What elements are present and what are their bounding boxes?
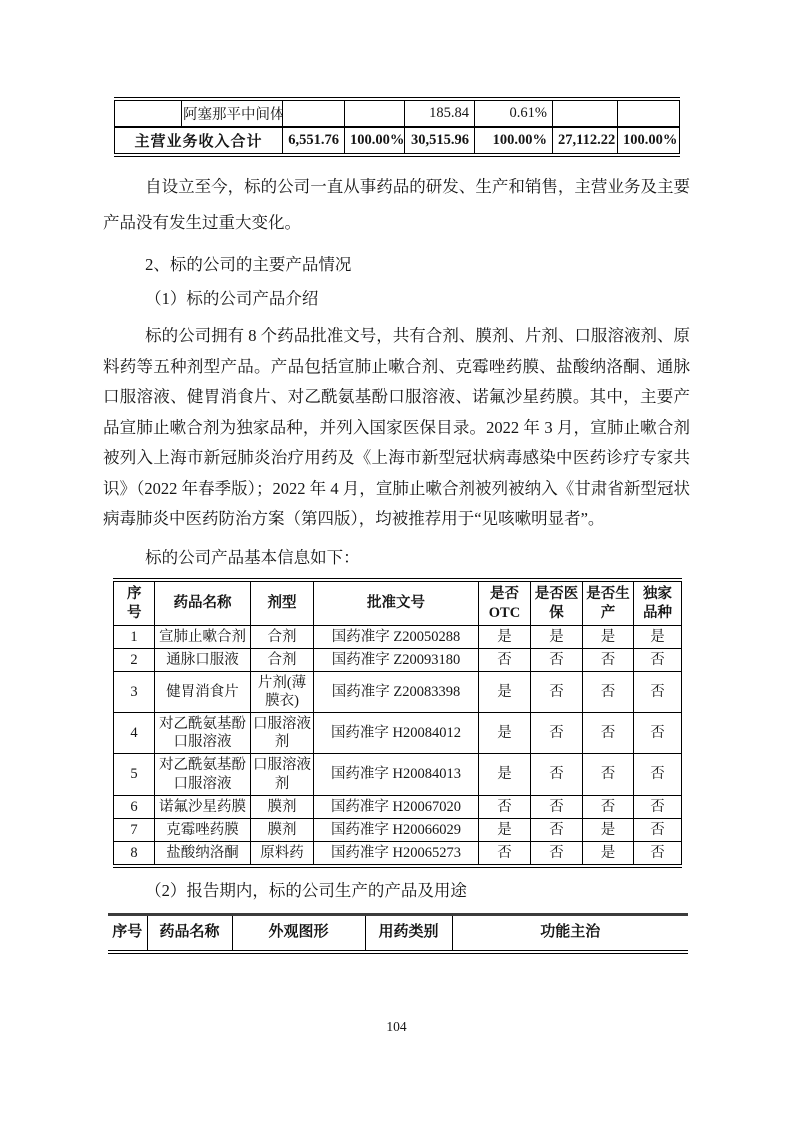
- table-cell: 是: [583, 625, 634, 648]
- table-row-total: 主营业务收入合计 6,551.76 100.00% 30,515.96 100.…: [115, 127, 680, 155]
- table-cell: 0.61%: [475, 99, 553, 127]
- table-cell: 2: [114, 648, 155, 671]
- table-cell: [618, 99, 680, 127]
- table-cell: 6: [114, 795, 155, 818]
- table-cell: 否: [583, 671, 634, 712]
- product-table-body: 1宣肺止嗽合剂合剂国药准字 Z20050288是是是是2通脉口服液合剂国药准字 …: [114, 625, 682, 866]
- column-header: 批准文号: [314, 580, 479, 625]
- table-cell: 27,112.22: [553, 127, 618, 155]
- table-cell: 否: [634, 841, 682, 866]
- table-cell: 5: [114, 754, 155, 795]
- table-row: 1宣肺止嗽合剂合剂国药准字 Z20050288是是是是: [114, 625, 682, 648]
- table-cell: 是: [479, 818, 531, 841]
- table-cell: 100.00%: [345, 127, 405, 155]
- column-header: 用药类别: [365, 915, 452, 952]
- table-row: 3健胃消食片片剂(薄膜衣)国药准字 Z20083398是否否否: [114, 671, 682, 712]
- table-cell: 3: [114, 671, 155, 712]
- table-row: 4对乙酰氨基酚口服溶液口服溶液剂国药准字 H20084012是否否否: [114, 713, 682, 754]
- table-cell: 否: [531, 818, 583, 841]
- table-cell: 口服溶液剂: [251, 713, 314, 754]
- table-cell: 对乙酰氨基酚口服溶液: [155, 713, 251, 754]
- column-header: 是否生产: [583, 580, 634, 625]
- table-row: 8盐酸纳洛酮原料药国药准字 H20065273否否是否: [114, 841, 682, 866]
- table-cell: 100.00%: [475, 127, 553, 155]
- table-cell: 否: [583, 713, 634, 754]
- table-cell: 否: [583, 648, 634, 671]
- table-cell: 原料药: [251, 841, 314, 866]
- table-cell: 否: [531, 795, 583, 818]
- table-cell: 否: [634, 713, 682, 754]
- table-cell: 阿塞那平中间体: [182, 99, 283, 127]
- product-info-table: 序号 药品名称 剂型 批准文号 是否OTC 是否医保 是否生产 独家品种 1宣肺…: [113, 578, 682, 868]
- document-page: 阿塞那平中间体 185.84 0.61% 主营业务收入合计 6,551.76 1…: [0, 0, 793, 1122]
- table-cell: 合剂: [251, 648, 314, 671]
- section-heading-products: 2、标的公司的主要产品情况: [103, 253, 690, 276]
- column-header: 剂型: [251, 580, 314, 625]
- table-cell: 是: [531, 625, 583, 648]
- page-number: 104: [0, 1019, 793, 1035]
- column-header: 序号: [108, 915, 147, 952]
- table-cell: 1: [114, 625, 155, 648]
- table-cell: 30,515.96: [405, 127, 475, 155]
- table-cell: [553, 99, 618, 127]
- table-cell: 是: [583, 818, 634, 841]
- table-cell: 主营业务收入合计: [115, 127, 283, 155]
- product-usage-table: 序号 药品名称 外观图形 用药类别 功能主治: [108, 913, 688, 954]
- table-cell: 片剂(薄膜衣): [251, 671, 314, 712]
- column-header: 药品名称: [155, 580, 251, 625]
- table-cell: 国药准字 Z20083398: [314, 671, 479, 712]
- table-cell: 膜剂: [251, 795, 314, 818]
- table-cell: 否: [479, 795, 531, 818]
- table-cell: 4: [114, 713, 155, 754]
- column-header: 药品名称: [147, 915, 232, 952]
- table-row: 2通脉口服液合剂国药准字 Z20093180否否否否: [114, 648, 682, 671]
- subsection-heading-usage: （2）报告期内，标的公司生产的产品及用途: [103, 879, 690, 902]
- table-cell: 诺氟沙星药膜: [155, 795, 251, 818]
- table-cell: 国药准字 Z20093180: [314, 648, 479, 671]
- table-cell: 否: [531, 713, 583, 754]
- table-cell: 否: [583, 795, 634, 818]
- table-cell: 是: [479, 671, 531, 712]
- table-cell: 盐酸纳洛酮: [155, 841, 251, 866]
- paragraph-history: 自设立至今，标的公司一直从事药品的研发、生产和销售，主营业务及主要产品没有发生过…: [103, 169, 690, 241]
- paragraph-basic-info-leadin: 标的公司产品基本信息如下：: [103, 543, 690, 573]
- table-cell: 否: [634, 671, 682, 712]
- table-cell: 国药准字 Z20050288: [314, 625, 479, 648]
- table-cell: 否: [531, 841, 583, 866]
- table-cell: 国药准字 H20067020: [314, 795, 479, 818]
- table-row: 阿塞那平中间体 185.84 0.61%: [115, 99, 680, 127]
- table-row: 5对乙酰氨基酚口服溶液口服溶液剂国药准字 H20084013是否否否: [114, 754, 682, 795]
- column-header: 是否OTC: [479, 580, 531, 625]
- column-header: 序号: [114, 580, 155, 625]
- table-cell: 185.84: [405, 99, 475, 127]
- table-cell: 否: [531, 754, 583, 795]
- table-cell: 否: [479, 648, 531, 671]
- table-cell: 口服溶液剂: [251, 754, 314, 795]
- table-cell: 是: [479, 625, 531, 648]
- revenue-table: 阿塞那平中间体 185.84 0.61% 主营业务收入合计 6,551.76 1…: [114, 97, 680, 157]
- table-cell: [115, 99, 182, 127]
- table-cell: [283, 99, 345, 127]
- table-cell: 100.00%: [618, 127, 680, 155]
- table-cell: 膜剂: [251, 818, 314, 841]
- table-header-row: 序号 药品名称 剂型 批准文号 是否OTC 是否医保 是否生产 独家品种: [114, 580, 682, 625]
- table-cell: 是: [583, 841, 634, 866]
- column-header: 功能主治: [452, 915, 688, 952]
- table-row: 6诺氟沙星药膜膜剂国药准字 H20067020否否否否: [114, 795, 682, 818]
- table-cell: 否: [634, 818, 682, 841]
- table-header-row: 序号 药品名称 外观图形 用药类别 功能主治: [108, 915, 688, 952]
- table-cell: 是: [634, 625, 682, 648]
- table-cell: 克霉唑药膜: [155, 818, 251, 841]
- table-cell: 8: [114, 841, 155, 866]
- table-cell: 否: [583, 754, 634, 795]
- table-cell: 否: [531, 648, 583, 671]
- table-cell: 国药准字 H20084013: [314, 754, 479, 795]
- table-cell: 是: [479, 713, 531, 754]
- table-cell: 对乙酰氨基酚口服溶液: [155, 754, 251, 795]
- table-cell: 否: [634, 795, 682, 818]
- column-header: 外观图形: [232, 915, 365, 952]
- table-cell: 是: [479, 754, 531, 795]
- table-cell: 健胃消食片: [155, 671, 251, 712]
- table-cell: 合剂: [251, 625, 314, 648]
- table-cell: [345, 99, 405, 127]
- table-cell: 否: [531, 671, 583, 712]
- table-cell: 宣肺止嗽合剂: [155, 625, 251, 648]
- table-cell: 否: [634, 648, 682, 671]
- paragraph-product-intro: 标的公司拥有 8 个药品批准文号，共有合剂、膜剂、片剂、口服溶液剂、原料药等五种…: [103, 321, 690, 535]
- subsection-heading-intro: （1）标的公司产品介绍: [103, 287, 690, 310]
- table-cell: 国药准字 H20066029: [314, 818, 479, 841]
- table-cell: 通脉口服液: [155, 648, 251, 671]
- table-cell: 7: [114, 818, 155, 841]
- table-cell: 否: [634, 754, 682, 795]
- table-row: 7克霉唑药膜膜剂国药准字 H20066029是否是否: [114, 818, 682, 841]
- table-cell: 国药准字 H20065273: [314, 841, 479, 866]
- column-header: 独家品种: [634, 580, 682, 625]
- table-cell: 否: [479, 841, 531, 866]
- column-header: 是否医保: [531, 580, 583, 625]
- table-cell: 6,551.76: [283, 127, 345, 155]
- table-cell: 国药准字 H20084012: [314, 713, 479, 754]
